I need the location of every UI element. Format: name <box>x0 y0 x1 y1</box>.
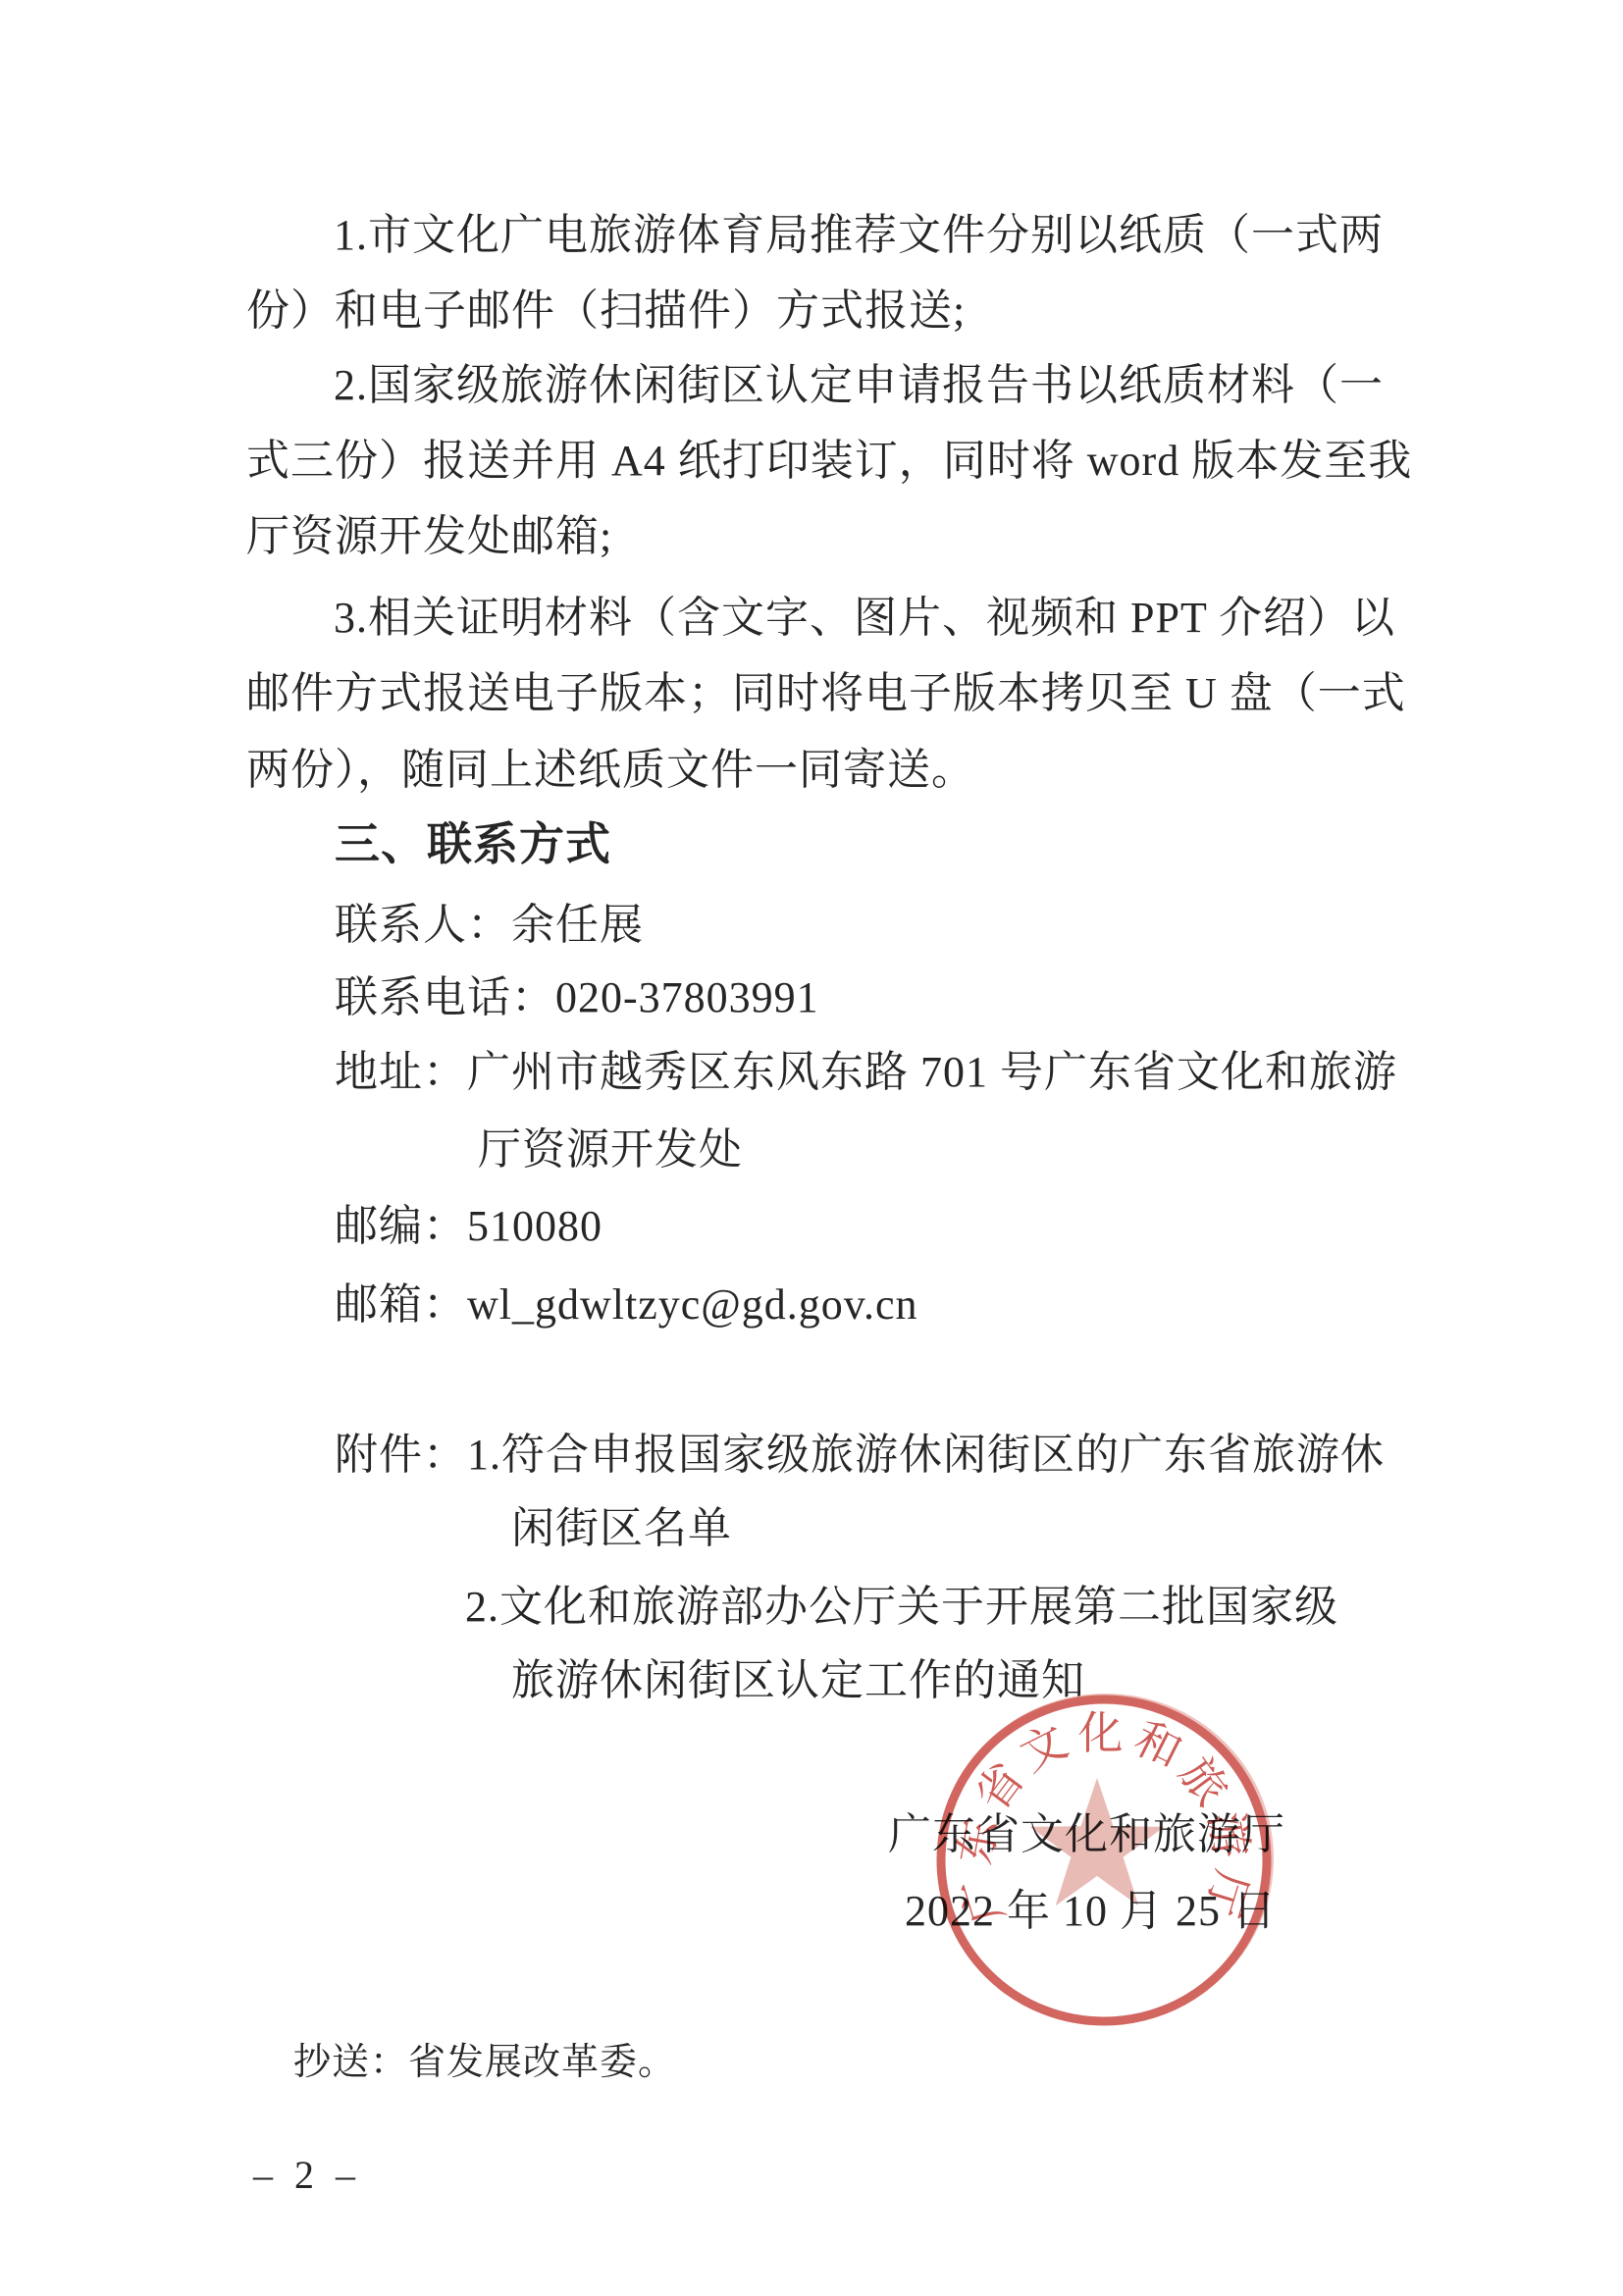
address-line-1: 地址：广州市越秀区东风东路 701 号广东省文化和旅游 <box>335 1051 1397 1094</box>
body-line: 邮件方式报送电子版本；同时将电子版本拷贝至 U 盘（一式 <box>246 672 1406 715</box>
cc-line: 抄送：省发展改革委。 <box>293 2044 676 2081</box>
body-line: 2.国家级旅游休闲街区认定申请报告书以纸质材料（一 <box>334 364 1384 407</box>
section-heading: 三、联系方式 <box>335 821 611 866</box>
attachment-line: 闲街区名单 <box>511 1507 732 1550</box>
official-seal: 广东省文化和旅游厅 <box>927 1684 1281 2037</box>
address-line-2: 厅资源开发处 <box>478 1128 743 1172</box>
red-star-icon <box>1030 1778 1165 1905</box>
attachment-line: 2.文化和旅游部办公厅关于开展第二批国家级 <box>465 1586 1338 1629</box>
contact-phone-line: 联系电话：020-37803991 <box>335 976 819 1019</box>
attachment-line: 附件：1.符合申报国家级旅游休闲街区的广东省旅游休 <box>335 1434 1385 1477</box>
body-line: 厅资源开发处邮箱; <box>246 515 612 558</box>
contact-person-line: 联系人：余任展 <box>335 904 644 947</box>
body-line: 式三份）报送并用 A4 纸打印装订，同时将 word 版本发至我 <box>246 440 1412 483</box>
postal-code-line: 邮编：510080 <box>335 1205 602 1248</box>
body-line: 份）和电子邮件（扫描件）方式报送; <box>246 289 966 333</box>
body-line: 1.市文化广电旅游体育局推荐文件分别以纸质（一式两 <box>334 214 1384 257</box>
body-line: 两份），随同上述纸质文件一同寄送。 <box>246 749 975 792</box>
page-number: – 2 – <box>253 2156 361 2195</box>
body-line: 3.相关证明材料（含文字、图片、视频和 PPT 介绍）以 <box>334 597 1395 640</box>
document-page: 1.市文化广电旅游体育局推荐文件分别以纸质（一式两 份）和电子邮件（扫描件）方式… <box>0 0 1623 2296</box>
email-line: 邮箱：wl_gdwltzyc@gd.gov.cn <box>335 1283 917 1327</box>
